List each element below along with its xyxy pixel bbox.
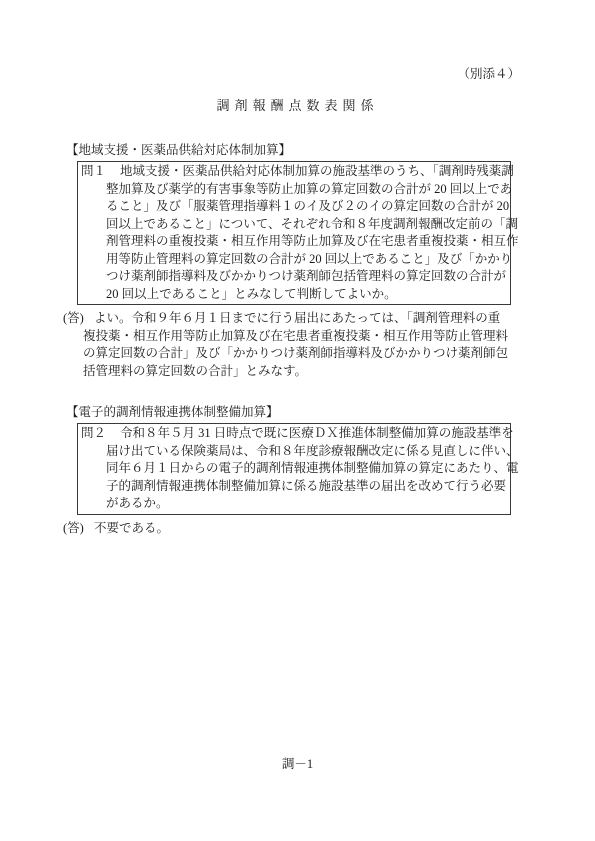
page-title: 調剤報酬点数表関係: [0, 97, 595, 114]
question-continuation-lines: 届け出ている保険薬局は、令和８年度診療報酬改定に係る見直しに伴い、同年６月１日か…: [81, 443, 507, 513]
text-line: があるか。: [106, 495, 507, 513]
answer-continuation-lines: 複投薬・相互作用等防止加算及び在宅患者重複投薬・相互作用等防止管理料の算定回数の…: [63, 328, 523, 381]
text-line: 20 回以上であること」とみなして判断してよいか。: [106, 286, 507, 304]
page-number: 調－1: [0, 757, 595, 772]
question-number-label: 問１: [81, 163, 120, 181]
document-page: （別添４） 調剤報酬点数表関係 【地域支援・医薬品供給対応体制加算】 問１地域支…: [0, 0, 595, 841]
answer-block-2: (答)不要である。: [63, 520, 523, 538]
text-line: の算定回数の合計」及び「かかりつけ薬剤師指導料及びかかりつけ薬剤師包: [83, 345, 523, 363]
answer-text: よい。令和９年６月１日までに行う届出にあたっては、「調剤管理料の重: [94, 311, 500, 325]
question-text: 令和８年５月 31 日時点で既に医療ＤＸ推進体制整備加算の施設基準を: [120, 426, 514, 440]
answer-text: 不要である。: [94, 521, 169, 535]
answer-first-line: (答)よい。令和９年６月１日までに行う届出にあたっては、「調剤管理料の重: [63, 310, 523, 328]
question-box-1: 問１地域支援・医薬品供給対応体制加算の施設基準のうち、「調剤時残薬調 整加算及び…: [77, 161, 511, 305]
question-continuation-lines: 整加算及び薬学的有害事象等防止加算の算定回数の合計が 20 回以上であること」及…: [81, 181, 507, 304]
text-line: 複投薬・相互作用等防止加算及び在宅患者重複投薬・相互作用等防止管理料: [83, 328, 523, 346]
answer-label: (答): [63, 520, 94, 538]
text-line: 用等防止管理料の算定回数の合計が 20 回以上であること」及び「かかり: [106, 251, 507, 269]
question-box-2: 問２令和８年５月 31 日時点で既に医療ＤＸ推進体制整備加算の施設基準を 届け出…: [77, 423, 511, 515]
text-line: 回以上であること」について、それぞれ令和８年度調剤報酬改定前の「調: [106, 216, 507, 234]
text-line: 子的調剤情報連携体制整備加算に係る施設基準の届出を改めて行う必要: [106, 478, 507, 496]
question-first-line: 問２令和８年５月 31 日時点で既に医療ＤＸ推進体制整備加算の施設基準を: [81, 425, 507, 443]
answer-block-1: (答)よい。令和９年６月１日までに行う届出にあたっては、「調剤管理料の重 複投薬…: [63, 310, 523, 380]
attachment-label: （別添４）: [0, 66, 595, 82]
section-heading-denshiteki-chozai: 【電子的調剤情報連携体制整備加算】: [66, 404, 595, 420]
text-line: 括管理料の算定回数の合計」とみなす。: [83, 363, 523, 381]
section-heading-chiiki-shien: 【地域支援・医薬品供給対応体制加算】: [66, 142, 595, 158]
text-line: ること」及び「服薬管理指導料１のイ及び２のイの算定回数の合計が 20: [106, 198, 507, 216]
question-text: 地域支援・医薬品供給対応体制加算の施設基準のうち、「調剤時残薬調: [120, 164, 514, 178]
text-line: 届け出ている保険薬局は、令和８年度診療報酬改定に係る見直しに伴い、: [106, 443, 507, 461]
question-number-label: 問２: [81, 425, 120, 443]
answer-first-line: (答)不要である。: [63, 520, 523, 538]
text-line: 同年６月１日からの電子的調剤情報連携体制整備加算の算定にあたり、電: [106, 460, 507, 478]
text-line: 整加算及び薬学的有害事象等防止加算の算定回数の合計が 20 回以上であ: [106, 181, 507, 199]
question-first-line: 問１地域支援・医薬品供給対応体制加算の施設基準のうち、「調剤時残薬調: [81, 163, 507, 181]
text-line: つけ薬剤師指導料及びかかりつけ薬剤師包括管理料の算定回数の合計が: [106, 268, 507, 286]
answer-label: (答): [63, 310, 94, 328]
text-line: 剤管理料の重複投薬・相互作用等防止加算及び在宅患者重複投薬・相互作: [106, 233, 507, 251]
